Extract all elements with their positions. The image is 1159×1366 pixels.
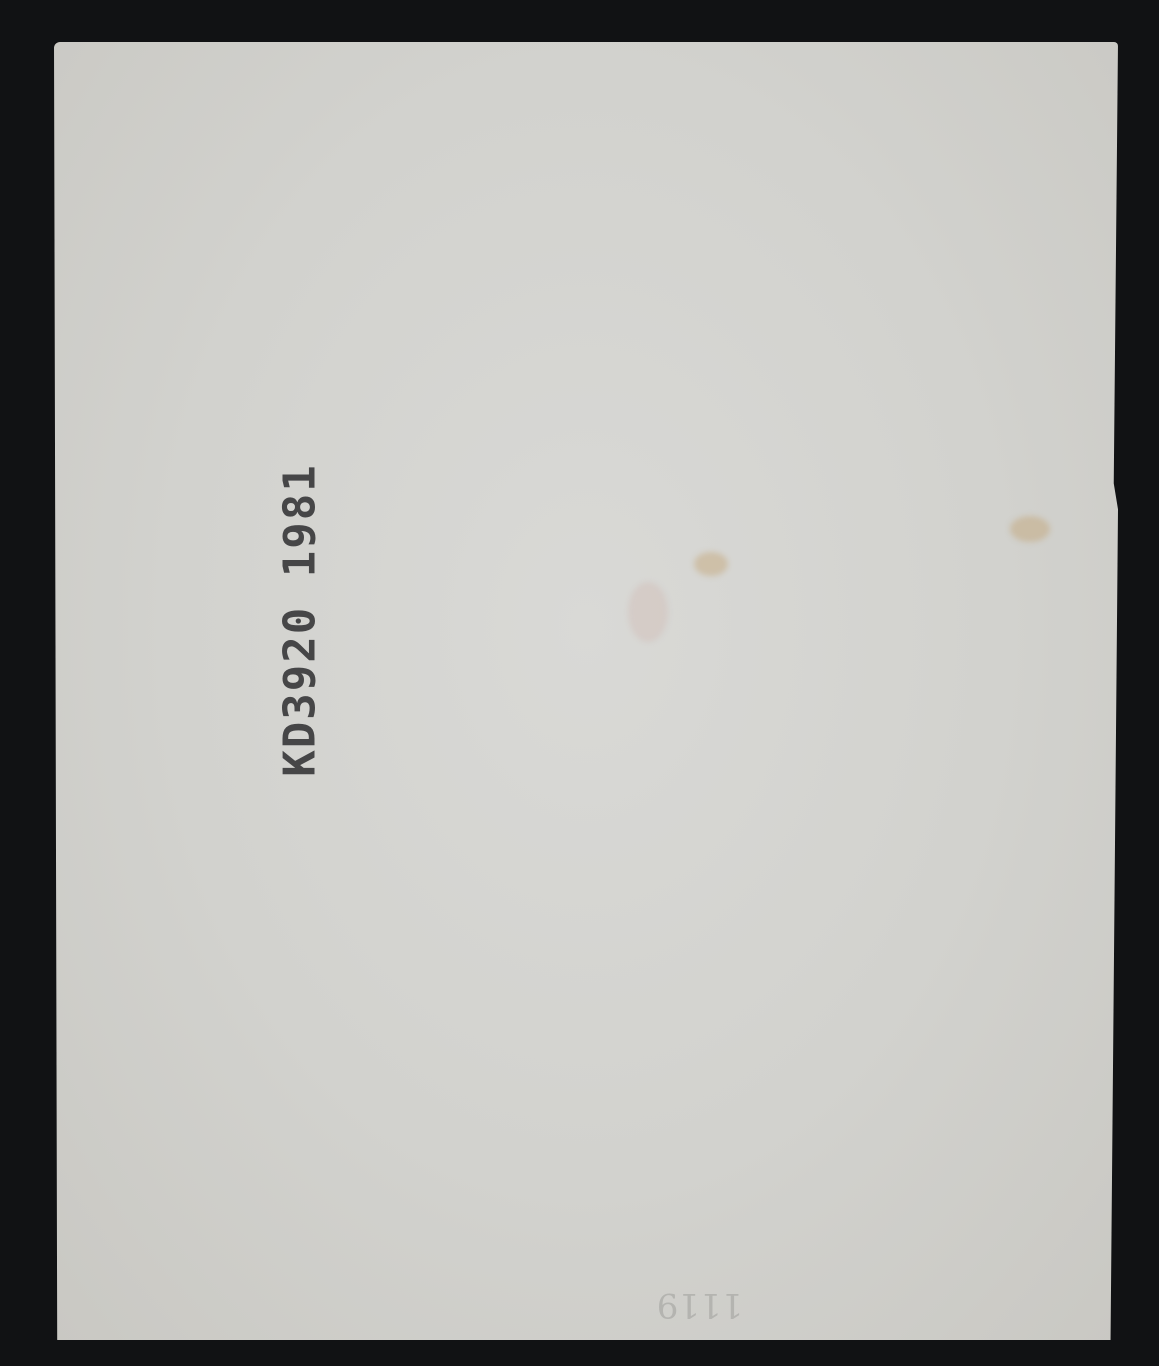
paper-card xyxy=(54,42,1118,1340)
stain-spot xyxy=(1010,516,1050,542)
stain-spot xyxy=(694,552,728,576)
stain-spot xyxy=(628,582,668,642)
pencil-note: 1119 xyxy=(657,1285,744,1325)
ink-stamp-serial: KD3920 1981 xyxy=(275,463,326,776)
